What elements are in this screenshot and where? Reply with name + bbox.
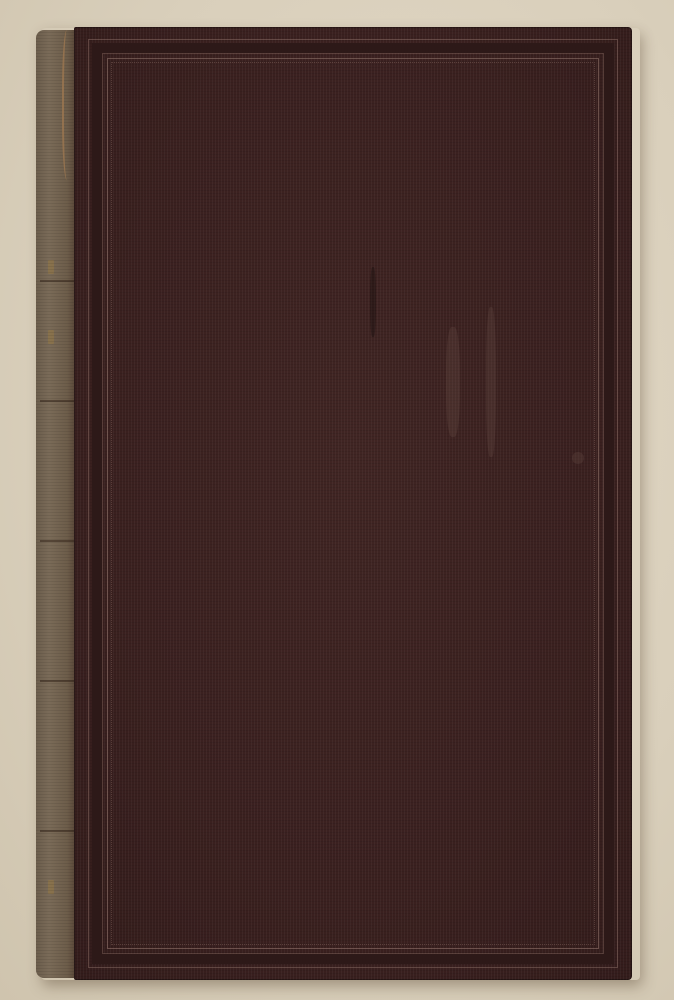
loose-thread (62, 30, 74, 180)
spine-gilt-mark (48, 330, 54, 344)
dark-mark (370, 267, 376, 337)
water-stain (572, 452, 584, 464)
water-stain (486, 307, 496, 457)
book-front-cover (74, 27, 632, 980)
cover-border-inner-dotted (111, 62, 595, 945)
spine-gilt-mark (48, 880, 54, 894)
water-stain (446, 327, 460, 437)
spine-gilt-mark (48, 260, 54, 274)
